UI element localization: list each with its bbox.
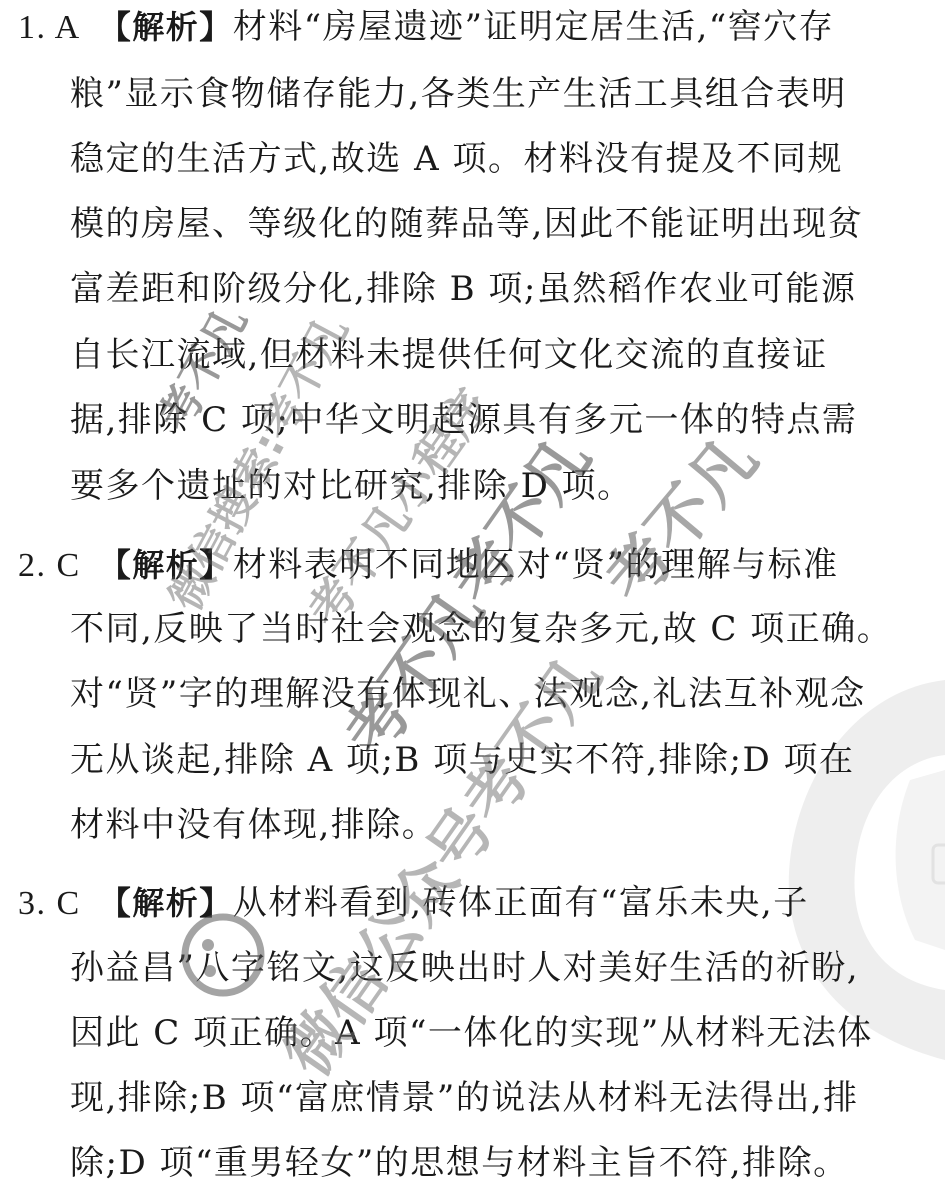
question-2-line-1: 2. C【解析】材料表明不同地区对“贤”的理解与标准	[18, 533, 918, 597]
question-2-tag: 【解析】	[99, 546, 233, 584]
answer-explanation-page: 1. A【解析】材料“房屋遗迹”证明定居生活,“窖穴存 粮”显示食物储存能力,各…	[0, 0, 945, 1189]
question-3-number: 3. C	[18, 885, 81, 922]
question-1-line-8: 要多个遗址的对比研究,排除 D 项。	[70, 454, 920, 518]
question-3-text: 从材料看到,砖体正面有“富乐未央,子	[233, 883, 809, 923]
question-3-line-1: 3. C【解析】从材料看到,砖体正面有“富乐未央,子	[18, 871, 918, 935]
question-1-line-4: 模的房屋、等级化的随葬品等,因此不能证明出现贫	[70, 192, 920, 256]
question-2-text: 材料表明不同地区对“贤”的理解与标准	[233, 545, 839, 585]
question-1-line-1: 1. A【解析】材料“房屋遗迹”证明定居生活,“窖穴存	[18, 0, 918, 59]
question-2-line-5: 材料中没有体现,排除。	[70, 793, 920, 857]
question-1-line-3: 稳定的生活方式,故选 A 项。材料没有提及不同规	[70, 127, 920, 191]
question-2-number: 2. C	[18, 547, 81, 584]
question-2-line-3: 对“贤”字的理解没有体现礼、法观念,礼法互补观念	[70, 662, 920, 726]
question-1-tag: 【解析】	[99, 8, 233, 46]
question-3-line-5: 除;D 项“重男轻女”的思想与材料主旨不符,排除。	[70, 1131, 920, 1189]
question-3-line-2: 孙益昌”八字铭文,这反映出时人对美好生活的祈盼,	[70, 936, 920, 1000]
question-1-line-6: 自长江流域,但材料未提供任何文化交流的直接证	[70, 323, 920, 387]
question-2-line-2: 不同,反映了当时社会观念的复杂多元,故 C 项正确。	[70, 597, 920, 661]
question-3-line-4: 现,排除;B 项“富庶情景”的说法从材料无法得出,排	[70, 1066, 920, 1130]
question-1-line-7: 据,排除 C 项;中华文明起源具有多元一体的特点需	[70, 388, 920, 452]
question-2-line-4: 无从谈起,排除 A 项;B 项与史实不符,排除;D 项在	[70, 728, 920, 792]
question-1-text: 材料“房屋遗迹”证明定居生活,“窖穴存	[233, 7, 834, 47]
question-3-line-3: 因此 C 项正确。A 项“一体化的实现”从材料无法体	[70, 1001, 920, 1065]
question-1-line-5: 富差距和阶级分化,排除 B 项;虽然稻作农业可能源	[70, 257, 920, 321]
question-1-number: 1. A	[18, 9, 81, 46]
question-3-tag: 【解析】	[99, 884, 233, 922]
question-1-line-2: 粮”显示食物储存能力,各类生产生活工具组合表明	[70, 62, 920, 126]
